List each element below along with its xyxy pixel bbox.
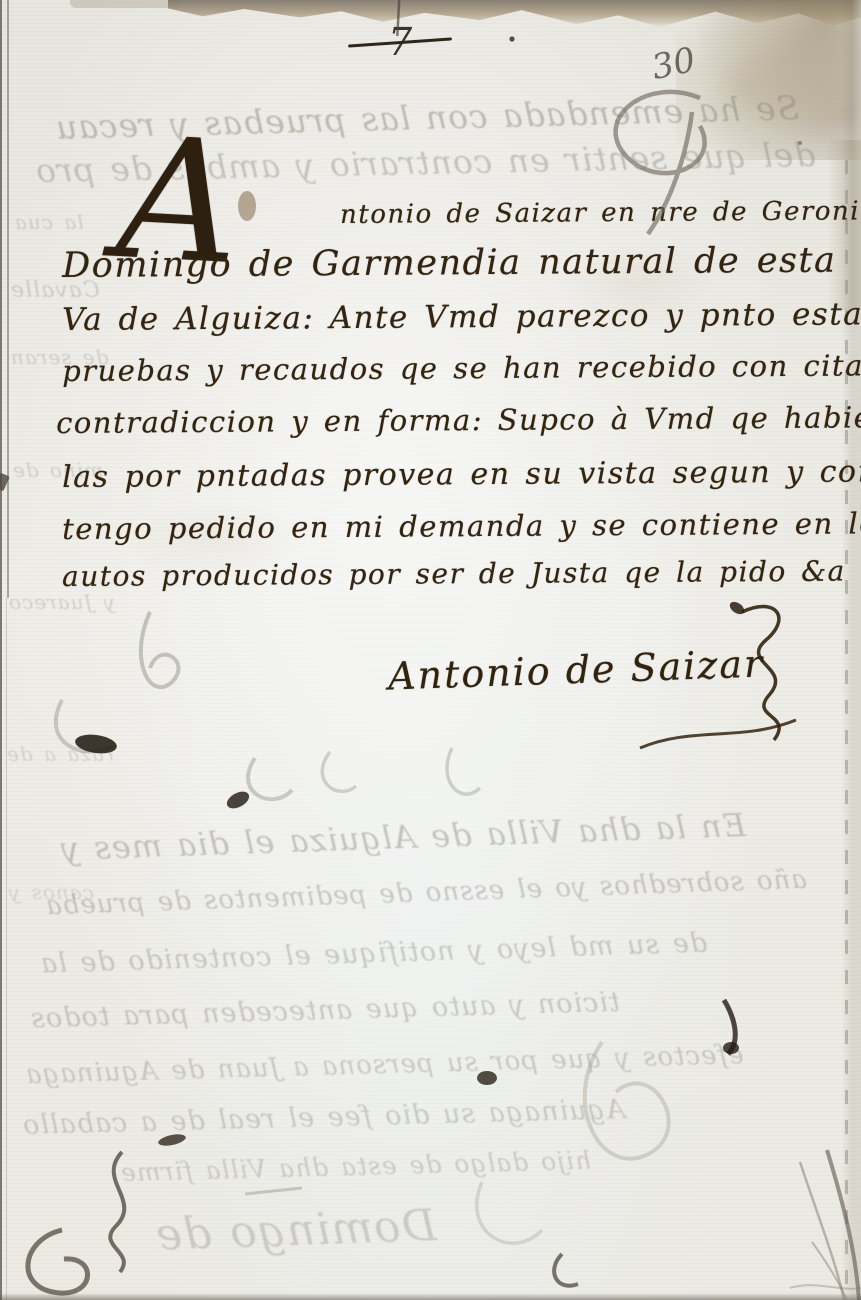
- paper-crease: [800, 1162, 844, 1300]
- bleedthrough-line: En la dha Villa de Alguiza el dia mes y: [60, 806, 747, 868]
- ink-blot: [224, 788, 252, 812]
- folio-number-crossed: 7: [388, 20, 412, 64]
- bleedthrough-dash: [245, 1188, 302, 1194]
- bleedthrough-flourish: [248, 758, 292, 799]
- bleedthrough-fragment: la cua: [14, 210, 84, 234]
- bleedthrough-fragment: y Juareco: [8, 590, 115, 614]
- torn-top-edge: [168, 0, 861, 28]
- manuscript-line: contradiccion y en forma: Supco à Vmd qe…: [56, 400, 861, 440]
- bleedthrough-line: efectos y que por su persona a Juan de A…: [25, 1040, 744, 1090]
- left-fold-line-lower: [6, 598, 7, 1300]
- bleedthrough-line: hijo dalgo de esta dha Villa firme: [120, 1146, 592, 1187]
- manuscript-line: las por pntadas provea en su vista segun…: [62, 454, 861, 495]
- left-fold-line: [7, 0, 9, 598]
- bleedthrough-flourish: [322, 752, 356, 791]
- ink-flourish: [554, 1254, 578, 1286]
- manuscript-line: pruebas y recaudos qe se han recebido co…: [62, 348, 861, 388]
- bleedthrough-line: Aguinaga su dio fee el real de a caballo: [22, 1094, 626, 1141]
- manuscript-line: Va de Alguiza: Ante Vmd parezco y pnto e…: [62, 296, 861, 338]
- bottom-scan-edge: [0, 1293, 861, 1300]
- left-scan-edge: [0, 0, 2, 1300]
- folio-number-current: 30: [648, 40, 699, 88]
- bleedthrough-line: de su md leyo y notifique el contenido d…: [40, 928, 708, 980]
- right-page-edge: [841, 0, 861, 1300]
- manuscript-line: tengo pedido en mi demanda y se contiene…: [62, 506, 861, 546]
- bleedthrough-flourish: [141, 612, 179, 687]
- signature: Antonio de Saizar: [387, 641, 765, 698]
- bleedthrough-flourish: [477, 1182, 542, 1243]
- manuscript-line: autos producidos por ser de Justa qe la …: [62, 554, 861, 593]
- ink-smudge: [238, 191, 256, 221]
- bleedthrough-line: año sobredhos yo el essno de pedimentos …: [45, 865, 808, 922]
- bleedthrough-signature: Domingo de: [154, 1200, 437, 1261]
- bleedthrough-line: ticion y auto que anteceden para todos: [30, 987, 620, 1034]
- ink-dot: [509, 36, 514, 41]
- top-edge-wisp: [70, 0, 180, 8]
- signature-rubric-blot: [728, 599, 747, 616]
- manuscript-line: Domingo de Garmendia natural de esta: [62, 241, 837, 286]
- signature-rubric-swash: [640, 720, 796, 748]
- ink-flourish: [28, 1230, 88, 1293]
- bleedthrough-fragment: raza a de: [6, 742, 114, 766]
- manuscript-line: ntonio de Saizar en nre de Geronimo: [340, 196, 861, 230]
- bleedthrough-flourish: [447, 748, 480, 794]
- manuscript-page: 7 30 Se ha emendada con las pruebas y re…: [0, 0, 861, 1300]
